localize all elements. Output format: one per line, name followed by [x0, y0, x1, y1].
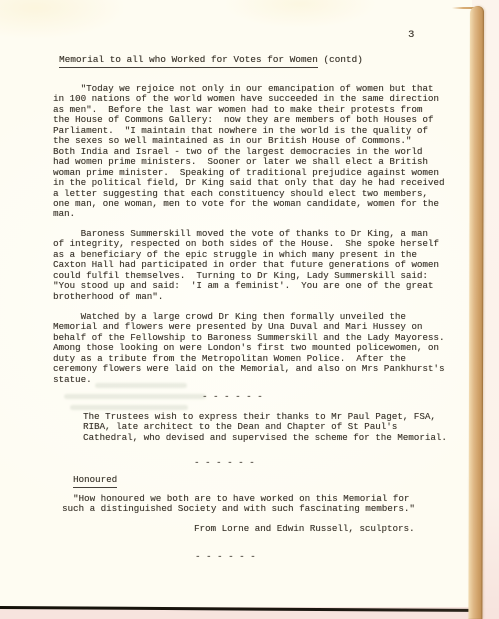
honoured-heading-text: Honoured: [73, 474, 117, 488]
paragraph-dr-king-speech: "Today we rejoice not only in our emanci…: [53, 84, 444, 220]
section-heading: Memorial to all who Worked for Votes for…: [59, 55, 363, 65]
paragraph-unveiling-ceremony: Watched by a large crowd Dr King then fo…: [53, 312, 444, 385]
section-heading-contd-label: (contd): [318, 54, 363, 65]
page-number: 3: [408, 30, 414, 40]
ink-showthrough-mark: [70, 405, 188, 410]
attribution-line: From Lorne and Edwin Russell, sculptors.: [194, 524, 415, 534]
paragraph-trustees-thanks: The Trustees wish to express their thank…: [83, 412, 447, 443]
paragraph-baroness-summerskill: Baroness Summerskill moved the vote of t…: [53, 229, 439, 302]
ink-showthrough-mark: [64, 394, 206, 399]
dashed-separator: - - - - - -: [202, 392, 263, 402]
dashed-separator: - - - - - -: [195, 552, 256, 562]
under-page-right-edge: [468, 6, 484, 619]
section-heading-underlined-text: Memorial to all who Worked for Votes for…: [59, 54, 318, 68]
dashed-separator: - - - - - -: [194, 458, 255, 468]
honoured-heading: Honoured: [73, 475, 117, 485]
paragraph-sculptors-quote: "How honoured we both are to have worked…: [62, 494, 415, 515]
